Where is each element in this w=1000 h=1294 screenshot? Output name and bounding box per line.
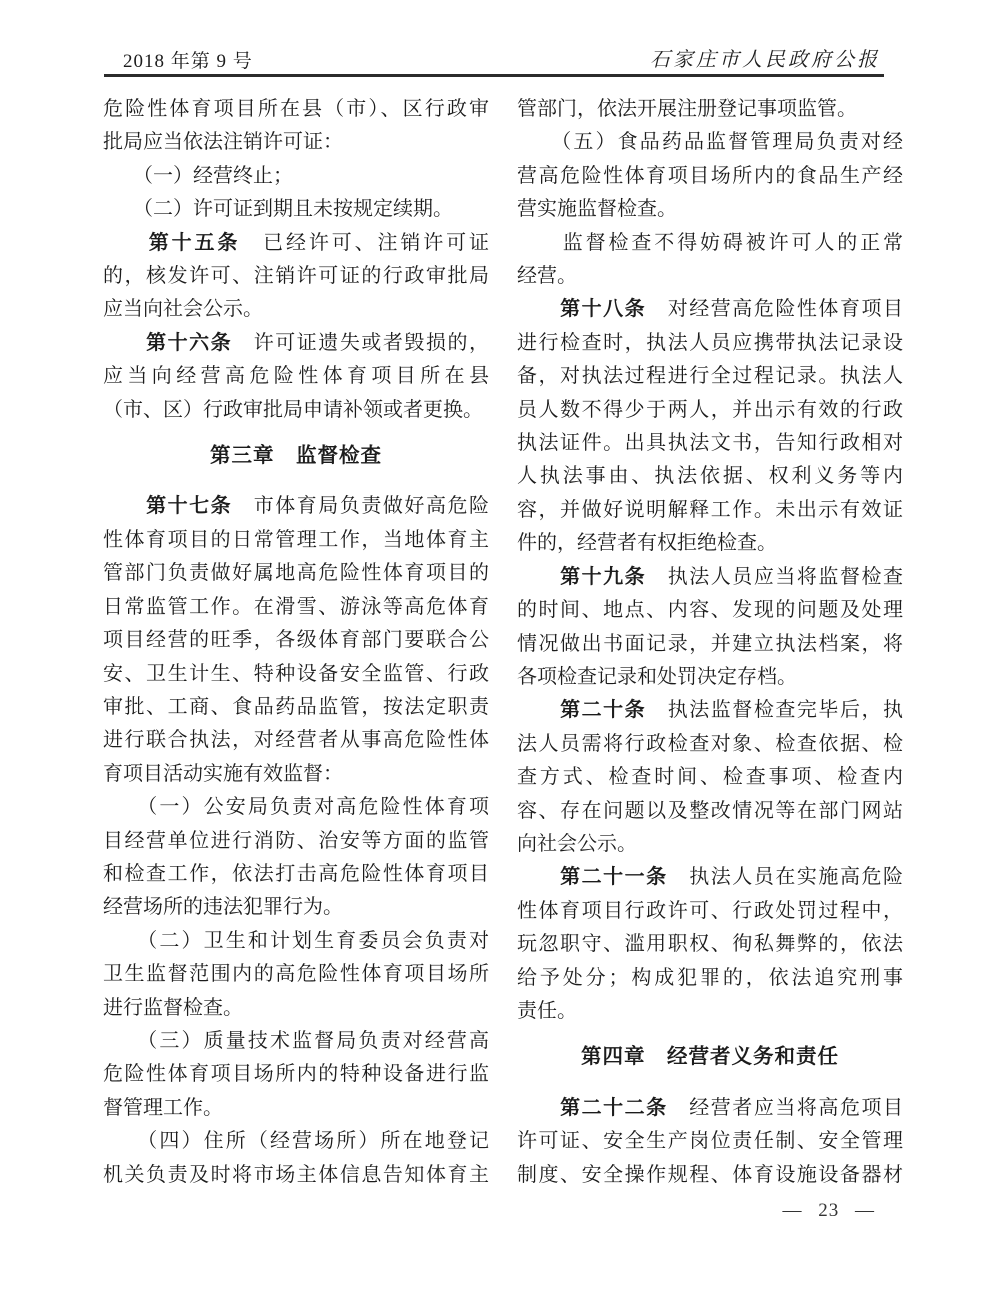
paragraph: 第十七条 市体育局负责做好高危险性体育项目的日常管理工作，当地体育主管部门负责做… bbox=[103, 490, 489, 791]
paragraph: 第二十二条 经营者应当将高危项目许可证、安全生产岗位责任制、安全管理制度、安全操… bbox=[517, 1092, 903, 1192]
text-line: 容，并做好说明解释工作。未出示有效证 bbox=[517, 494, 903, 527]
text-line: 管部门，依法开展注册登记事项监管。 bbox=[517, 93, 903, 126]
article-number: 第二十一条 bbox=[560, 866, 668, 888]
text-line: 性体育项目的日常管理工作，当地体育主 bbox=[103, 524, 489, 557]
paragraph: （四）住所（经营场所）所在地登记机关负责及时将市场主体信息告知体育主 bbox=[103, 1125, 489, 1192]
text-line: 第二十条 执法监督检查完毕后，执 bbox=[517, 694, 903, 727]
text-line: 应当向社会公示。 bbox=[103, 293, 489, 326]
text-line: 制度、安全操作规程、体育设施设备器材 bbox=[517, 1159, 903, 1192]
text-line: 日常监管工作。在滑雪、游泳等高危体育 bbox=[103, 591, 489, 624]
text-line: 人执法事由、执法依据、权利义务等内 bbox=[517, 460, 903, 493]
text-line: （一）公安局负责对高危险性体育项 bbox=[103, 791, 489, 824]
text-line: 项目经营的旺季，各级体育部门要联合公 bbox=[103, 624, 489, 657]
paragraph: （二）卫生和计划生育委员会负责对卫生监督范围内的高危险性体育项目场所进行监督检查… bbox=[103, 925, 489, 1025]
text-line: （二）许可证到期且未按规定续期。 bbox=[103, 193, 489, 226]
text-line: （市、区）行政审批局申请补领或者更换。 bbox=[103, 394, 489, 427]
article-number: 第十六条 bbox=[146, 332, 232, 354]
chapter-heading: 第三章 监督检查 bbox=[103, 439, 489, 472]
text-line: 应当向经营高危险性体育项目所在县 bbox=[103, 360, 489, 393]
article-number: 第二十条 bbox=[560, 699, 646, 721]
text-line: 第十八条 对经营高危险性体育项目 bbox=[517, 293, 903, 326]
text-line: 给予处分；构成犯罪的，依法追究刑事 bbox=[517, 962, 903, 995]
header-issue-number: 2018 年第 9 号 bbox=[123, 46, 253, 73]
text-line: 员人数不得少于两人，并出示有效的行政 bbox=[517, 394, 903, 427]
text-line: 监督检查不得妨碍被许可人的正常 bbox=[517, 227, 903, 260]
text-line: 批局应当依法注销许可证： bbox=[103, 126, 489, 159]
text-line: 的时间、地点、内容、发现的问题及处理 bbox=[517, 594, 903, 627]
text-line: 第二十一条 执法人员在实施高危险 bbox=[517, 861, 903, 894]
paragraph: 第二十条 执法监督检查完毕后，执法人员需将行政检查对象、检查依据、检查方式、检查… bbox=[517, 694, 903, 861]
text-line: 安、卫生计生、特种设备安全监管、行政 bbox=[103, 658, 489, 691]
text-line: 经营场所的违法犯罪行为。 bbox=[103, 891, 489, 924]
text-line: 育项目活动实施有效监督： bbox=[103, 758, 489, 791]
paragraph: 危险性体育项目所在县（市）、区行政审批局应当依法注销许可证： bbox=[103, 93, 489, 160]
text-line: 执法证件。出具执法文书，告知行政相对 bbox=[517, 427, 903, 460]
text-line: 危险性体育项目场所内的特种设备进行监 bbox=[103, 1058, 489, 1091]
text-line: 第十七条 市体育局负责做好高危险 bbox=[103, 490, 489, 523]
text-line: 容、存在问题以及整改情况等在部门网站 bbox=[517, 795, 903, 828]
text-column-right: 管部门，依法开展注册登记事项监管。 （五）食品药品监督管理局负责对经营高危险性体… bbox=[517, 93, 903, 1192]
text-line: 机关负责及时将市场主体信息告知体育主 bbox=[103, 1159, 489, 1192]
page-number: — 23 — bbox=[783, 1200, 876, 1222]
text-line: 备，对执法过程进行全过程记录。执法人 bbox=[517, 360, 903, 393]
article-number: 第十五条 bbox=[149, 232, 241, 254]
chapter-heading: 第四章 经营者义务和责任 bbox=[517, 1040, 903, 1073]
paragraph: 第十九条 执法人员应当将监督检查的时间、地点、内容、发现的问题及处理情况做出书面… bbox=[517, 561, 903, 695]
paragraph: 第十五条 已经许可、注销许可证的，核发许可、注销许可证的行政审批局应当向社会公示… bbox=[103, 227, 489, 327]
text-line: 第十五条 已经许可、注销许可证 bbox=[103, 227, 489, 260]
header-publication-title: 石家庄市人民政府公报 bbox=[650, 43, 880, 72]
text-line: 目经营单位进行消防、治安等方面的监管 bbox=[103, 825, 489, 858]
paragraph: （一）经营终止； bbox=[103, 160, 489, 193]
text-line: 玩忽职守、滥用职权、徇私舞弊的，依法 bbox=[517, 928, 903, 961]
text-line: 第十九条 执法人员应当将监督检查 bbox=[517, 561, 903, 594]
text-line: （二）卫生和计划生育委员会负责对 bbox=[103, 925, 489, 958]
text-line: （一）经营终止； bbox=[103, 160, 489, 193]
text-line: 第二十二条 经营者应当将高危项目 bbox=[517, 1092, 903, 1125]
text-line: 营实施监督检查。 bbox=[517, 193, 903, 226]
paragraph: 第十八条 对经营高危险性体育项目进行检查时，执法人员应携带执法记录设备，对执法过… bbox=[517, 293, 903, 560]
text-line: 管部门负责做好属地高危险性体育项目的 bbox=[103, 557, 489, 590]
gazette-page: 2018 年第 9 号 石家庄市人民政府公报 危险性体育项目所在县（市）、区行政… bbox=[0, 0, 1000, 1294]
text-line: 进行监督检查。 bbox=[103, 992, 489, 1025]
paragraph: （一）公安局负责对高危险性体育项目经营单位进行消防、治安等方面的监管和检查工作，… bbox=[103, 791, 489, 925]
text-line: 第十六条 许可证遗失或者毁损的， bbox=[103, 327, 489, 360]
text-line: 进行检查时，执法人员应携带执法记录设 bbox=[517, 327, 903, 360]
text-line: 督管理工作。 bbox=[103, 1092, 489, 1125]
text-line: 情况做出书面记录，并建立执法档案，将 bbox=[517, 628, 903, 661]
paragraph: 管部门，依法开展注册登记事项监管。 bbox=[517, 93, 903, 126]
article-number: 第十八条 bbox=[560, 298, 646, 320]
text-line: （四）住所（经营场所）所在地登记 bbox=[103, 1125, 489, 1158]
article-number: 第十七条 bbox=[146, 495, 232, 517]
text-line: 审批、工商、食品药品监管，按法定职责 bbox=[103, 691, 489, 724]
text-line: 危险性体育项目所在县（市）、区行政审 bbox=[103, 93, 489, 126]
text-line: 向社会公示。 bbox=[517, 828, 903, 861]
text-line: 许可证、安全生产岗位责任制、安全管理 bbox=[517, 1125, 903, 1158]
paragraph: 监督检查不得妨碍被许可人的正常经营。 bbox=[517, 227, 903, 294]
paragraph: （二）许可证到期且未按规定续期。 bbox=[103, 193, 489, 226]
text-line: 经营。 bbox=[517, 260, 903, 293]
text-line: 性体育项目行政许可、行政处罚过程中， bbox=[517, 895, 903, 928]
article-number: 第十九条 bbox=[560, 566, 646, 588]
text-line: 各项检查记录和处罚决定存档。 bbox=[517, 661, 903, 694]
text-line: 法人员需将行政检查对象、检查依据、检 bbox=[517, 728, 903, 761]
paragraph: 第二十一条 执法人员在实施高危险性体育项目行政许可、行政处罚过程中，玩忽职守、滥… bbox=[517, 861, 903, 1028]
text-line: 的，核发许可、注销许可证的行政审批局 bbox=[103, 260, 489, 293]
text-line: 营高危险性体育项目场所内的食品生产经 bbox=[517, 160, 903, 193]
text-column-left: 危险性体育项目所在县（市）、区行政审批局应当依法注销许可证： （一）经营终止； … bbox=[103, 93, 489, 1192]
article-number: 第二十二条 bbox=[560, 1097, 668, 1119]
text-line: 查方式、检查时间、检查事项、检查内 bbox=[517, 761, 903, 794]
text-line: （五）食品药品监督管理局负责对经 bbox=[517, 126, 903, 159]
paragraph: （三）质量技术监督局负责对经营高危险性体育项目场所内的特种设备进行监督管理工作。 bbox=[103, 1025, 489, 1125]
paragraph: （五）食品药品监督管理局负责对经营高危险性体育项目场所内的食品生产经营实施监督检… bbox=[517, 126, 903, 226]
text-line: 卫生监督范围内的高危险性体育项目场所 bbox=[103, 958, 489, 991]
text-line: 和检查工作，依法打击高危险性体育项目 bbox=[103, 858, 489, 891]
text-line: 件的，经营者有权拒绝检查。 bbox=[517, 527, 903, 560]
text-line: 进行联合执法，对经营者从事高危险性体 bbox=[103, 724, 489, 757]
header-rule bbox=[104, 74, 884, 77]
text-line: （三）质量技术监督局负责对经营高 bbox=[103, 1025, 489, 1058]
text-line: 责任。 bbox=[517, 995, 903, 1028]
paragraph: 第十六条 许可证遗失或者毁损的，应当向经营高危险性体育项目所在县（市、区）行政审… bbox=[103, 327, 489, 427]
